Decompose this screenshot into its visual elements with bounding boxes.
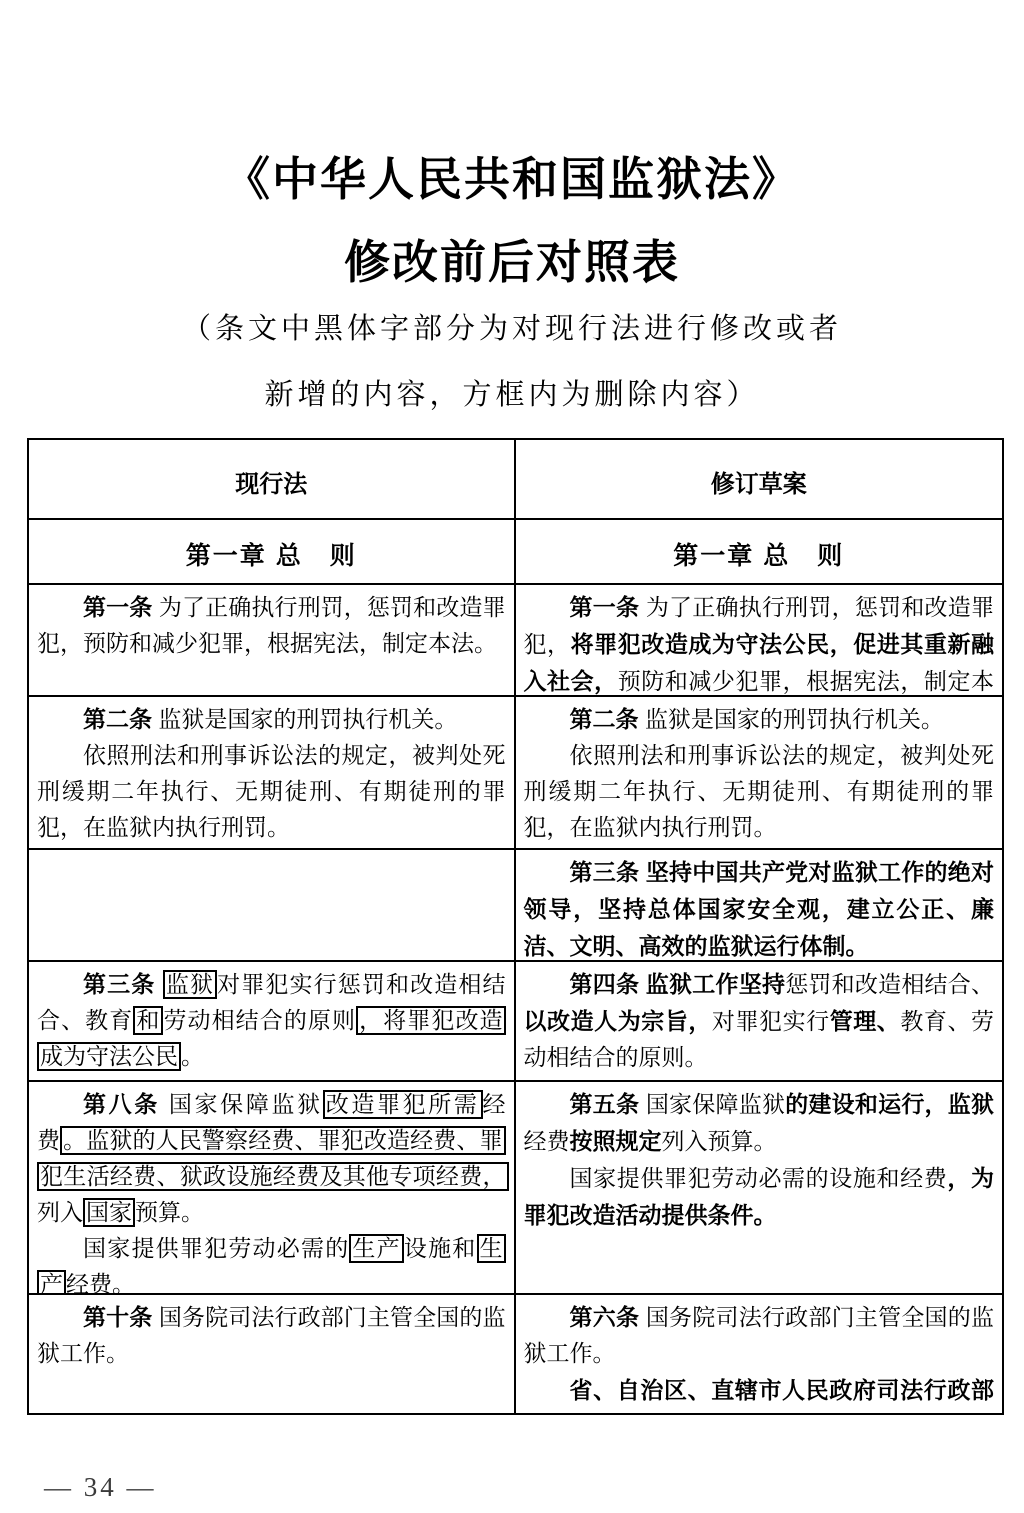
document-title-line-1: 《中华人民共和国监狱法》 [0,143,1024,209]
chapter-title-revised: 第一章 总 则 [516,520,1003,583]
paragraph: 第四条 监狱工作坚持惩罚和改造相结合、以改造人为宗旨，对罪犯实行管理、教育、劳动… [524,966,995,1076]
document-subtitle-line-1: （条文中黑体字部分为对现行法进行修改或者 [0,306,1024,347]
deleted-text-box: 改造罪犯所需 [323,1090,483,1119]
text-segment: 国家提供罪犯劳动必需的 [83,1236,349,1261]
table-row: 第三条 坚持中国共产党对监狱工作的绝对领导，坚持总体国家安全观，建立公正、廉洁、… [29,850,1002,962]
cell-revised-draft: 第一条 为了正确执行刑罚，惩罚和改造罪犯，将罪犯改造成为守法公民，促进其重新融入… [516,585,1003,695]
chapter-row: 第一章 总 则 第一章 总 则 [29,520,1002,585]
bold-new-text: 第六条 [570,1304,646,1330]
cell-revised-draft: 第四条 监狱工作坚持惩罚和改造相结合、以改造人为宗旨，对罪犯实行管理、教育、劳动… [516,962,1003,1080]
text-segment: 设施和 [404,1236,477,1261]
cell-current-law: 第十条 国务院司法行政部门主管全国的监狱工作。 [29,1295,516,1413]
bold-new-text: 管理、 [830,1008,901,1034]
text-segment: 监狱是国家的刑罚执行机关。 [645,707,944,732]
text-segment: 经费 [524,1129,570,1154]
bold-new-text: 第一条 [83,594,159,620]
cell-current-law [29,850,516,960]
text-segment: 惩罚和改造相结合、 [785,972,994,997]
comparison-table: 现行法 修订草案 第一章 总 则 第一章 总 则 第一条 为了正确执行刑罚，惩罚… [27,438,1004,1415]
bold-new-text: 以改造人为宗旨， [524,1008,712,1034]
text-segment: 国家保障监狱 [646,1092,785,1117]
paragraph: 第十条 国务院司法行政部门主管全国的监狱工作。 [37,1299,506,1372]
paragraph: 国家提供罪犯劳动必需的设施和经费，为罪犯改造活动提供条件。 [524,1160,995,1234]
header-current-law: 现行法 [29,440,516,518]
cell-current-law: 第八条 国家保障监狱改造罪犯所需经费。监狱的人民警察经费、罪犯改造经费、罪犯生活… [29,1082,516,1293]
table-row: 第一条 为了正确执行刑罚，惩罚和改造罪犯，预防和减少犯罪，根据宪法，制定本法。第… [29,585,1002,697]
cell-current-law: 第二条 监狱是国家的刑罚执行机关。依照刑法和刑事诉讼法的规定，被判处死刑缓期二年… [29,697,516,848]
text-segment: 列入 [37,1200,83,1225]
cell-revised-draft: 第六条 国务院司法行政部门主管全国的监狱工作。省、自治区、直辖市人民政府司法行政… [516,1295,1003,1413]
deleted-text-box: 和 [133,1006,163,1035]
text-segment: 劳动相结合的原则 [163,1008,356,1033]
text-segment: 经费。 [66,1272,135,1293]
paragraph: 第三条 坚持中国共产党对监狱工作的绝对领导，坚持总体国家安全观，建立公正、廉洁、… [524,854,995,960]
text-segment: 依照刑法和刑事诉讼法的规定，被判处死刑缓期二年执行、无期徒刑、有期徒刑的罪犯，在… [524,743,995,840]
paragraph: 依照刑法和刑事诉讼法的规定，被判处死刑缓期二年执行、无期徒刑、有期徒刑的罪犯，在… [37,738,506,846]
bold-new-text: 的建设和运行，监狱 [785,1091,994,1117]
text-segment: 。 [181,1044,204,1069]
deleted-text-box: 。监狱的人民警察经费、罪犯改造经费、罪犯生活经费、狱政设施经费及其他专项经费， [37,1126,509,1191]
bold-new-text: 第五条 [570,1091,646,1117]
deleted-text-box: 国家 [83,1198,135,1227]
cell-revised-draft: 第五条 国家保障监狱的建设和运行，监狱经费按照规定列入预算。国家提供罪犯劳动必需… [516,1082,1003,1293]
bold-new-text: 第二条 [83,706,158,732]
paragraph: 第三条 监狱对罪犯实行惩罚和改造相结合、教育和劳动相结合的原则，将罪犯改造成为守… [37,966,506,1075]
bold-new-text: 第四条 监狱工作坚持 [570,971,786,997]
paragraph: 第八条 国家保障监狱改造罪犯所需经费。监狱的人民警察经费、罪犯改造经费、罪犯生活… [37,1086,506,1231]
document-page: 《中华人民共和国监狱法》 修改前后对照表 （条文中黑体字部分为对现行法进行修改或… [0,0,1024,1513]
paragraph: 第五条 国家保障监狱的建设和运行，监狱经费按照规定列入预算。 [524,1086,995,1160]
paragraph: 第一条 为了正确执行刑罚，惩罚和改造罪犯，将罪犯改造成为守法公民，促进其重新融入… [524,589,995,695]
bold-new-text: 第三条 坚持中国共产党对监狱工作的绝对领导，坚持总体国家安全观，建立公正、廉洁、… [524,859,995,959]
paragraph: 第二条 监狱是国家的刑罚执行机关。 [524,701,995,738]
paragraph: 第二条 监狱是国家的刑罚执行机关。 [37,701,506,738]
cell-current-law: 第三条 监狱对罪犯实行惩罚和改造相结合、教育和劳动相结合的原则，将罪犯改造成为守… [29,962,516,1080]
table-header-row: 现行法 修订草案 [29,440,1002,520]
paragraph: 国家提供罪犯劳动必需的生产设施和生产经费。 [37,1231,506,1293]
deleted-text-box: 生产 [349,1234,403,1263]
table-row: 第八条 国家保障监狱改造罪犯所需经费。监狱的人民警察经费、罪犯改造经费、罪犯生活… [29,1082,1002,1295]
bold-new-text: 第十条 [83,1304,159,1330]
paragraph: 第一条 为了正确执行刑罚，惩罚和改造罪犯，预防和减少犯罪，根据宪法，制定本法。 [37,589,506,662]
table-row: 第十条 国务院司法行政部门主管全国的监狱工作。第六条 国务院司法行政部门主管全国… [29,1295,1002,1413]
document-subtitle-line-2: 新增的内容，方框内为删除内容） [0,372,1024,413]
bold-new-text: 第八条 [83,1091,169,1117]
paragraph: 依照刑法和刑事诉讼法的规定，被判处死刑缓期二年执行、无期徒刑、有期徒刑的罪犯，在… [524,738,995,846]
paragraph: 省、自治区、直辖市人民政府司法行政部门 [524,1372,995,1413]
text-segment: 列入预算。 [662,1129,777,1154]
page-number: — 34 — [44,1472,157,1503]
cell-revised-draft: 第三条 坚持中国共产党对监狱工作的绝对领导，坚持总体国家安全观，建立公正、廉洁、… [516,850,1003,960]
chapter-title-current: 第一章 总 则 [29,520,516,583]
cell-revised-draft: 第二条 监狱是国家的刑罚执行机关。依照刑法和刑事诉讼法的规定，被判处死刑缓期二年… [516,697,1003,848]
text-segment: 监狱是国家的刑罚执行机关。 [158,707,457,732]
text-segment: 国家保障监狱 [169,1092,323,1117]
bold-new-text: 第一条 [570,594,646,620]
cell-current-law: 第一条 为了正确执行刑罚，惩罚和改造罪犯，预防和减少犯罪，根据宪法，制定本法。 [29,585,516,695]
paragraph: 第六条 国务院司法行政部门主管全国的监狱工作。 [524,1299,995,1372]
bold-new-text: 按照规定 [570,1128,662,1154]
bold-new-text: 第三条 [83,971,163,997]
header-revised-draft: 修订草案 [516,440,1003,518]
bold-new-text: 省、自治区、直辖市人民政府司法行政部门 [524,1377,995,1413]
text-segment: 预算。 [135,1200,204,1225]
deleted-text-box: 监狱 [163,970,217,999]
table-row: 第二条 监狱是国家的刑罚执行机关。依照刑法和刑事诉讼法的规定，被判处死刑缓期二年… [29,697,1002,850]
bold-new-text: 第二条 [570,706,645,732]
text-segment: 国家提供罪犯劳动必需的设施和经费 [570,1166,948,1191]
text-segment: 对罪犯实行 [712,1009,830,1034]
text-segment: 依照刑法和刑事诉讼法的规定，被判处死刑缓期二年执行、无期徒刑、有期徒刑的罪犯，在… [37,743,506,840]
document-title-line-2: 修改前后对照表 [0,226,1024,292]
table-row: 第三条 监狱对罪犯实行惩罚和改造相结合、教育和劳动相结合的原则，将罪犯改造成为守… [29,962,1002,1082]
